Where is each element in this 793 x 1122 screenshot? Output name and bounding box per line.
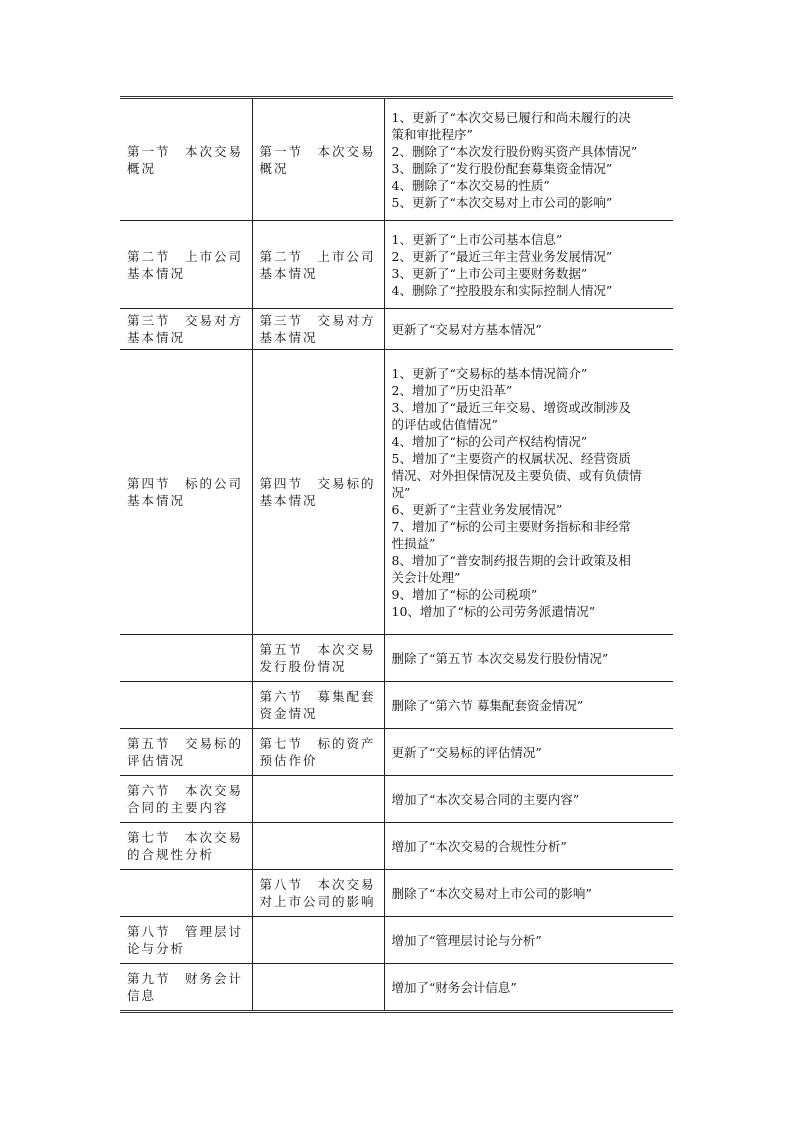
change-description-cell: 1、更新了“本次交易已履行和尚未履行的决策和审批程序”2、删除了“本次发行股份购… <box>384 98 673 221</box>
change-line: 更新了“交易标的评估情况” <box>392 744 668 761</box>
table-row: 第八节 管理层讨论与分析增加了“管理层讨论与分析” <box>120 917 673 964</box>
change-description-cell: 增加了“财务会计信息” <box>384 964 673 1012</box>
change-line: 的评估或估值情况” <box>392 416 668 433</box>
change-line: 9、增加了“标的公司税项” <box>392 586 668 603</box>
change-description-cell: 删除了“第五节 本次交易发行股份情况” <box>384 635 673 682</box>
table-row: 第六节 本次交易合同的主要内容增加了“本次交易合同的主要内容” <box>120 776 673 823</box>
change-description-cell: 1、更新了“交易标的基本情况简介”2、增加了“历史沿革”3、增加了“最近三年交易… <box>384 350 673 635</box>
old-section-cell: 第五节 交易标的评估情况 <box>120 729 252 776</box>
change-line: 10、增加了“标的公司劳务派遣情况” <box>392 603 668 620</box>
new-section-cell: 第二节 上市公司基本情况 <box>252 221 384 309</box>
old-section-cell: 第七节 本次交易的合规性分析 <box>120 823 252 870</box>
old-section-cell: 第八节 管理层讨论与分析 <box>120 917 252 964</box>
table-row: 第九节 财务会计信息增加了“财务会计信息” <box>120 964 673 1012</box>
change-line: 情况、对外担保情况及主要负债、或有负债情 <box>392 467 668 484</box>
old-section-cell: 第一节 本次交易概况 <box>120 98 252 221</box>
change-line: 关会计处理” <box>392 569 668 586</box>
change-line: 3、删除了“发行股份配套募集资金情况” <box>392 160 668 177</box>
change-line: 2、增加了“历史沿革” <box>392 382 668 399</box>
table-row: 第三节 交易对方基本情况第三节 交易对方基本情况更新了“交易对方基本情况” <box>120 309 673 350</box>
old-section-cell <box>120 682 252 729</box>
table-row: 第八节 本次交易对上市公司的影响删除了“本次交易对上市公司的影响” <box>120 870 673 917</box>
new-section-cell <box>252 776 384 823</box>
new-section-cell: 第八节 本次交易对上市公司的影响 <box>252 870 384 917</box>
change-line: 4、删除了“控股股东和实际控制人情况” <box>392 282 668 299</box>
old-section-cell <box>120 635 252 682</box>
change-line: 5、增加了“主要资产的权属状况、经营资质 <box>392 450 668 467</box>
change-line: 1、更新了“本次交易已履行和尚未履行的决 <box>392 109 668 126</box>
change-line: 4、增加了“标的公司产权结构情况” <box>392 433 668 450</box>
table-body: 第一节 本次交易概况第一节 本次交易概况1、更新了“本次交易已履行和尚未履行的决… <box>120 98 673 1012</box>
change-line: 增加了“财务会计信息” <box>392 979 668 996</box>
change-line: 性损益” <box>392 535 668 552</box>
table-row: 第四节 标的公司基本情况第四节 交易标的基本情况1、更新了“交易标的基本情况简介… <box>120 350 673 635</box>
change-description-cell: 1、更新了“上市公司基本信息”2、更新了“最近三年主营业务发展情况”3、更新了“… <box>384 221 673 309</box>
table-row: 第五节 交易标的评估情况第七节 标的资产预估作价更新了“交易标的评估情况” <box>120 729 673 776</box>
change-description-cell: 删除了“本次交易对上市公司的影响” <box>384 870 673 917</box>
change-line: 删除了“本次交易对上市公司的影响” <box>392 885 668 902</box>
table-row: 第二节 上市公司基本情况第二节 上市公司基本情况1、更新了“上市公司基本信息”2… <box>120 221 673 309</box>
change-line: 2、更新了“最近三年主营业务发展情况” <box>392 248 668 265</box>
change-line: 增加了“本次交易合同的主要内容” <box>392 791 668 808</box>
change-description-cell: 更新了“交易标的评估情况” <box>384 729 673 776</box>
old-section-cell: 第九节 财务会计信息 <box>120 964 252 1012</box>
new-section-cell: 第六节 募集配套资金情况 <box>252 682 384 729</box>
table-row: 第一节 本次交易概况第一节 本次交易概况1、更新了“本次交易已履行和尚未履行的决… <box>120 98 673 221</box>
new-section-cell: 第四节 交易标的基本情况 <box>252 350 384 635</box>
new-section-cell: 第五节 本次交易发行股份情况 <box>252 635 384 682</box>
change-description-cell: 更新了“交易对方基本情况” <box>384 309 673 350</box>
change-line: 1、更新了“交易标的基本情况简介” <box>392 365 668 382</box>
change-line: 1、更新了“上市公司基本信息” <box>392 231 668 248</box>
new-section-cell: 第三节 交易对方基本情况 <box>252 309 384 350</box>
table-row: 第六节 募集配套资金情况删除了“第六节 募集配套资金情况” <box>120 682 673 729</box>
change-line: 增加了“管理层讨论与分析” <box>392 932 668 949</box>
change-line: 8、增加了“普安制药报告期的会计政策及相 <box>392 552 668 569</box>
change-line: 删除了“第五节 本次交易发行股份情况” <box>392 650 668 667</box>
change-description-cell: 增加了“本次交易合同的主要内容” <box>384 776 673 823</box>
change-line: 删除了“第六节 募集配套资金情况” <box>392 697 668 714</box>
section-comparison-table: 第一节 本次交易概况第一节 本次交易概况1、更新了“本次交易已履行和尚未履行的决… <box>120 96 673 1013</box>
change-line: 况” <box>392 484 668 501</box>
change-line: 5、更新了“本次交易对上市公司的影响” <box>392 194 668 211</box>
change-line: 增加了“本次交易的合规性分析” <box>392 838 668 855</box>
new-section-cell: 第一节 本次交易概况 <box>252 98 384 221</box>
change-line: 4、删除了“本次交易的性质” <box>392 177 668 194</box>
table-row: 第七节 本次交易的合规性分析增加了“本次交易的合规性分析” <box>120 823 673 870</box>
change-line: 3、更新了“上市公司主要财务数据” <box>392 265 668 282</box>
change-description-cell: 删除了“第六节 募集配套资金情况” <box>384 682 673 729</box>
change-line: 7、增加了“标的公司主要财务指标和非经常 <box>392 518 668 535</box>
old-section-cell: 第四节 标的公司基本情况 <box>120 350 252 635</box>
change-line: 6、更新了“主营业务发展情况” <box>392 501 668 518</box>
change-line: 3、增加了“最近三年交易、增资或改制涉及 <box>392 399 668 416</box>
new-section-cell <box>252 964 384 1012</box>
table-row: 第五节 本次交易发行股份情况删除了“第五节 本次交易发行股份情况” <box>120 635 673 682</box>
old-section-cell: 第二节 上市公司基本情况 <box>120 221 252 309</box>
change-line: 更新了“交易对方基本情况” <box>392 321 668 338</box>
new-section-cell <box>252 917 384 964</box>
change-description-cell: 增加了“管理层讨论与分析” <box>384 917 673 964</box>
new-section-cell: 第七节 标的资产预估作价 <box>252 729 384 776</box>
change-description-cell: 增加了“本次交易的合规性分析” <box>384 823 673 870</box>
old-section-cell <box>120 870 252 917</box>
change-line: 2、删除了“本次发行股份购买资产具体情况” <box>392 143 668 160</box>
new-section-cell <box>252 823 384 870</box>
old-section-cell: 第三节 交易对方基本情况 <box>120 309 252 350</box>
comparison-table-container: 第一节 本次交易概况第一节 本次交易概况1、更新了“本次交易已履行和尚未履行的决… <box>120 96 673 1013</box>
change-line: 策和审批程序” <box>392 126 668 143</box>
old-section-cell: 第六节 本次交易合同的主要内容 <box>120 776 252 823</box>
